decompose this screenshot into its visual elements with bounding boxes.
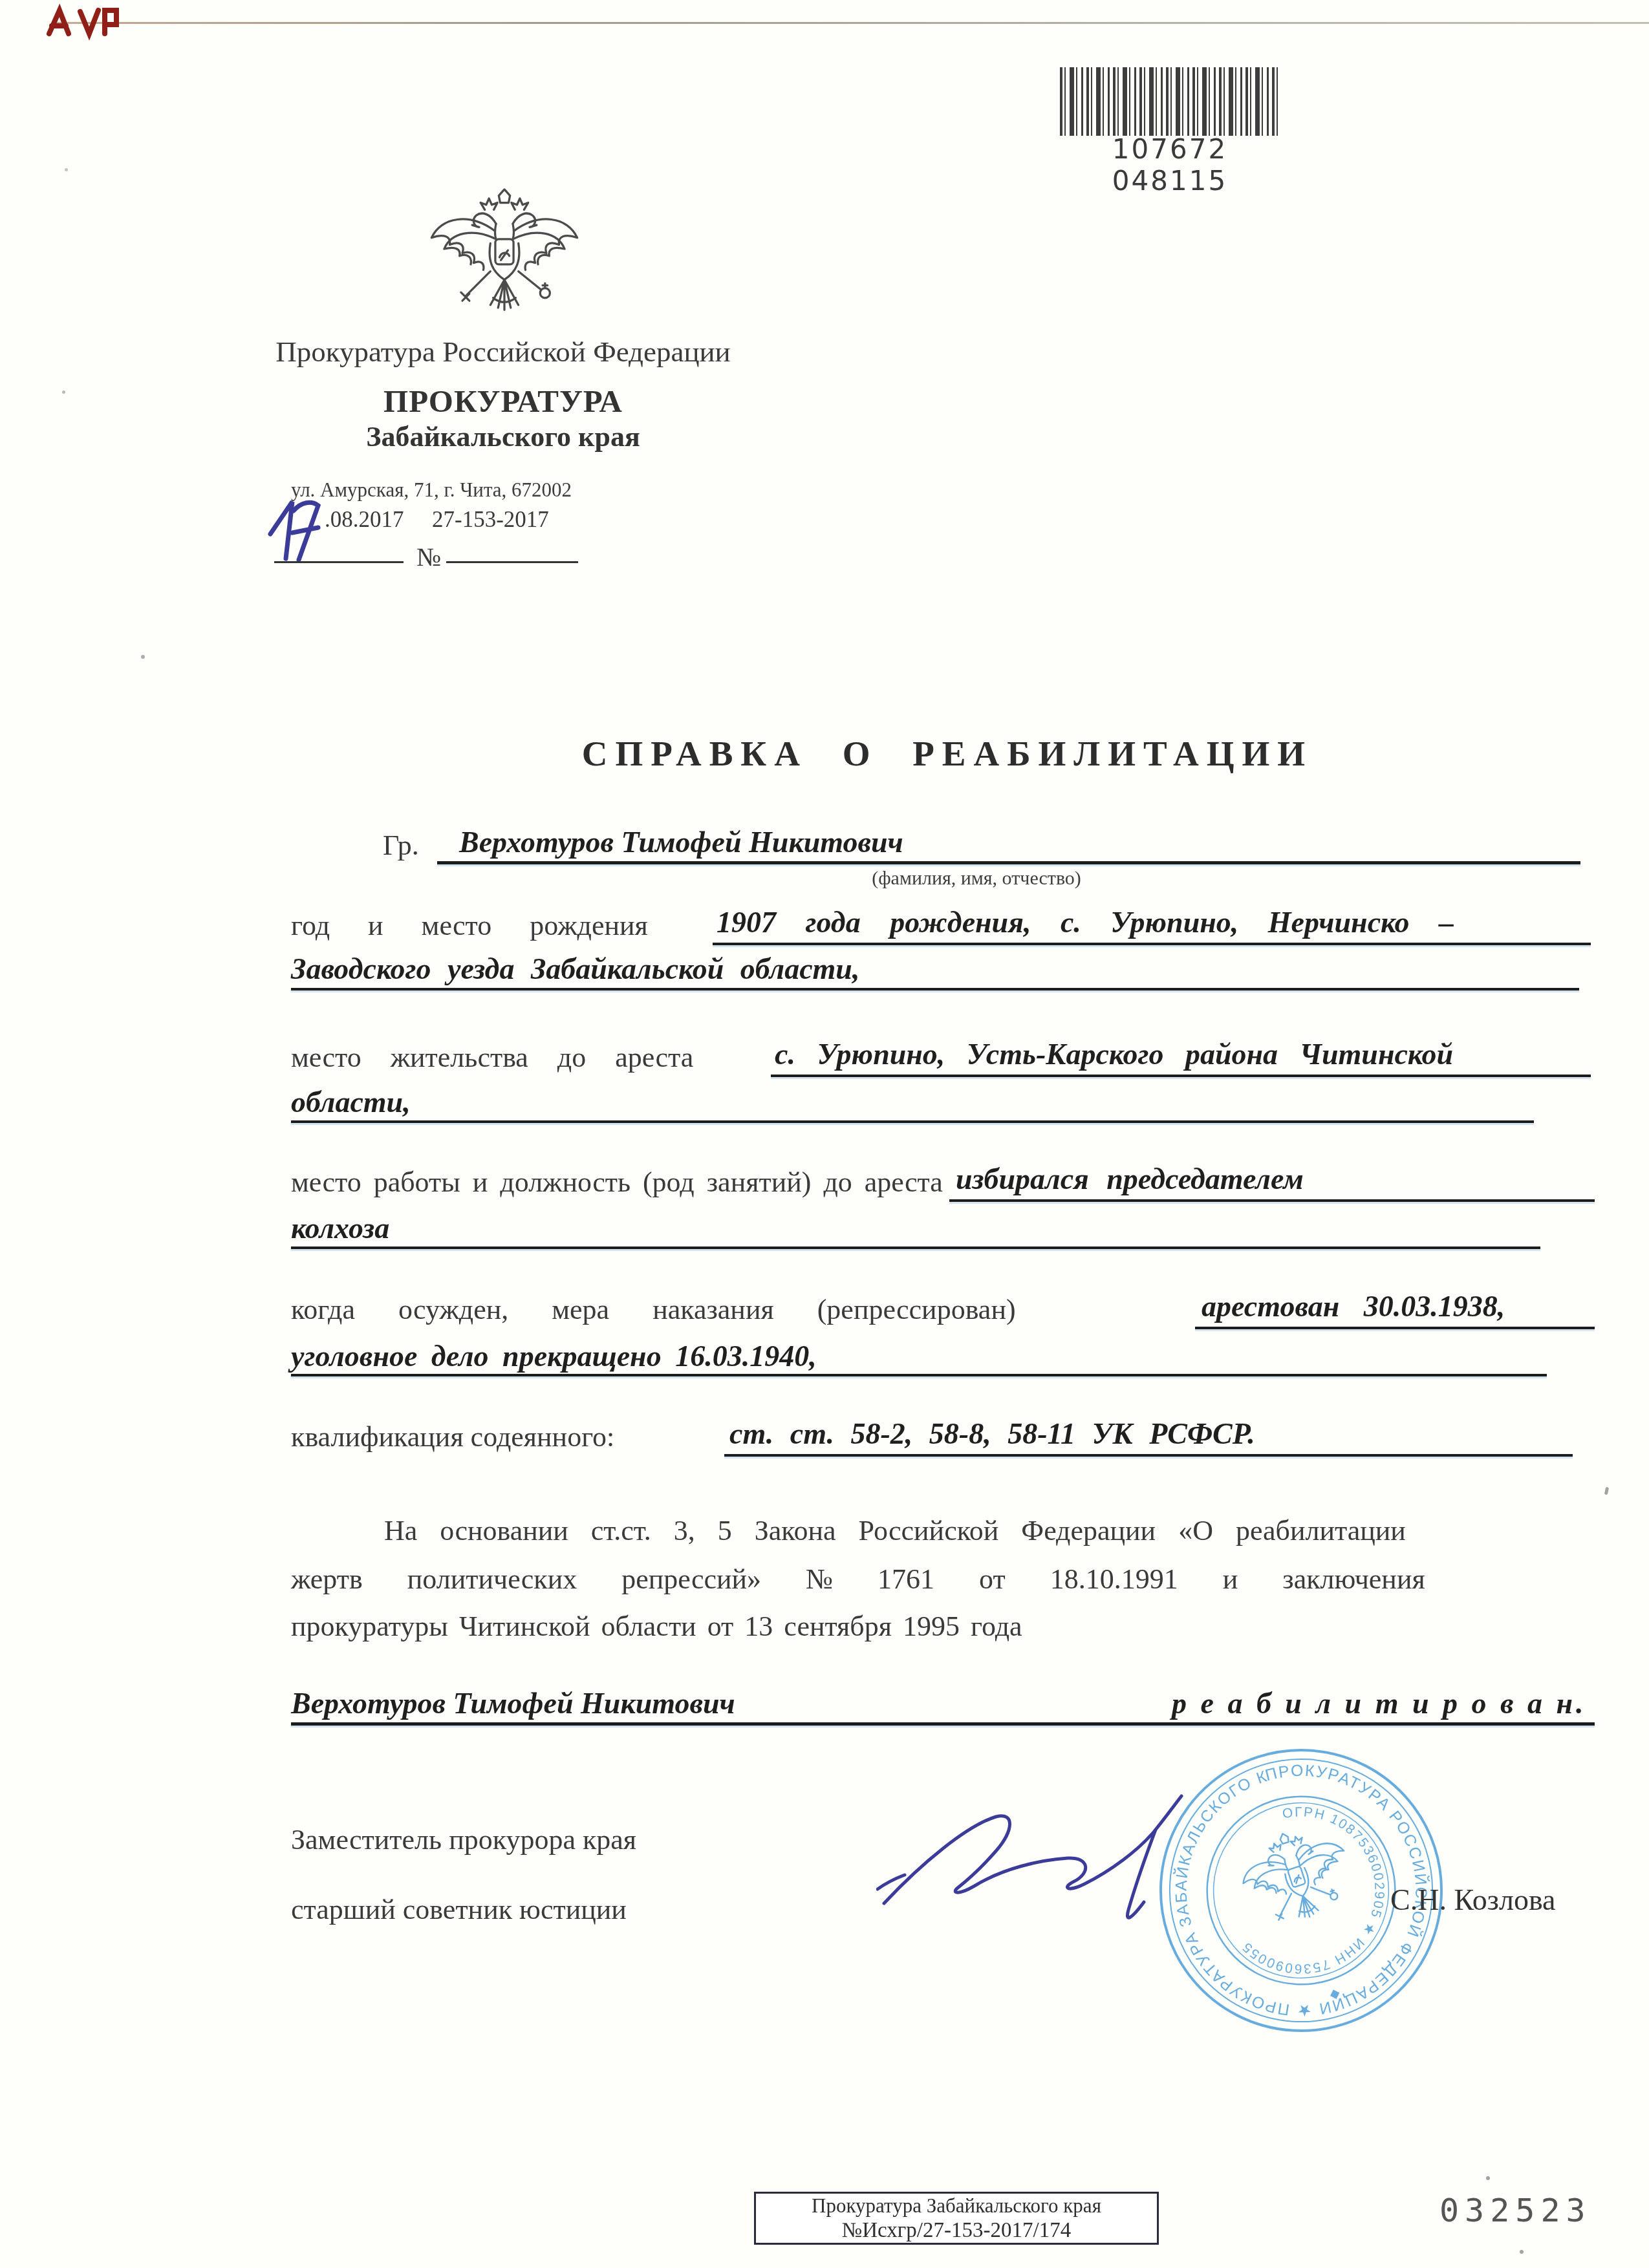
org-name-federal: Прокуратура Российской Федерации [272, 335, 735, 369]
handwritten-date-day [265, 491, 325, 568]
registration-box: Прокуратура Забайкальского края №Исхгр/2… [754, 2192, 1159, 2245]
handwritten-signature [876, 1786, 1193, 1951]
scan-speck [1486, 2176, 1490, 2180]
org-name-prokuratura: ПРОКУРАТУРА [272, 383, 735, 420]
scan-speck [62, 390, 65, 394]
work-label: место работы и должность (род занятий) д… [291, 1166, 943, 1199]
svg-text:ОГРН 1087536002905 ★ ИНН 75360: ОГРН 1087536002905 ★ ИНН 7536090055 [1201, 1782, 1409, 1996]
underline [724, 1454, 1573, 1457]
scan-speck [1520, 2250, 1524, 2254]
document-title: СПРАВКА О РЕАБИЛИТАЦИИ [550, 733, 1345, 774]
name-caption: (фамилия, имя, отчество) [815, 868, 1138, 890]
basis-line1: На основании ст.ст. 3, 5 Закона Российск… [384, 1514, 1406, 1547]
org-name-region: Забайкальского края [272, 420, 735, 453]
date-underline [274, 561, 404, 563]
underline [949, 1199, 1595, 1202]
barcode-digits: 107672 048115 [1060, 133, 1280, 197]
gr-label: Гр. [383, 829, 419, 862]
citizen-name: Верхотуров Тимофей Никитович [459, 825, 903, 859]
underline [771, 1075, 1591, 1077]
underline [291, 1120, 1534, 1123]
scan-speck [141, 655, 145, 659]
document-page: 107672 048115 Прокуратура Российской Фед… [0, 0, 1649, 2268]
barcode-bars [1060, 67, 1280, 136]
conclusion-verdict: р е а б и л и т и р о в а н. [1172, 1686, 1587, 1720]
basis-line3: прокуратуры Читинской области от 13 сент… [291, 1610, 1022, 1643]
date-printed: .08.2017 [325, 507, 404, 533]
blank-serial-number: 032523 [1439, 2192, 1591, 2229]
scan-speck [65, 168, 68, 171]
doc-number: 27-153-2017 [432, 507, 549, 533]
coat-of-arms-eagle-icon [420, 185, 588, 330]
residence-value-line2: области, [291, 1085, 411, 1119]
underline [291, 1722, 1595, 1726]
number-underline [446, 561, 578, 563]
number-sign: № [416, 542, 441, 572]
underline [437, 861, 1580, 864]
work-value-line2: колхоза [291, 1211, 389, 1245]
birth-label: год и место рождения [291, 909, 648, 942]
scan-speck [1604, 1487, 1609, 1495]
underline [291, 1246, 1540, 1249]
basis-line2: жертв политических репрессий» № 1761 от … [291, 1563, 1425, 1596]
underline [713, 943, 1591, 945]
work-value-line1: избирался председателем [956, 1162, 1304, 1196]
signer-position-line1: Заместитель прокурора края [291, 1823, 636, 1856]
underline [1195, 1327, 1595, 1329]
conclusion-name: Верхотуров Тимофей Никитович [291, 1686, 735, 1720]
sentence-label: когда осужден, мера наказания (репрессир… [291, 1293, 1016, 1326]
qualification-label: квалификация содеянного: [291, 1420, 614, 1453]
qualification-value: ст. ст. 58-2, 58-8, 58-11 УК РСФСР. [729, 1417, 1255, 1451]
registration-org: Прокуратура Забайкальского края [812, 2194, 1101, 2218]
org-address: ул. Амурская, 71, г. Чита, 672002 [291, 478, 563, 502]
underline [291, 988, 1579, 990]
registration-number: №Исхгр/27-153-2017/174 [842, 2219, 1071, 2243]
residence-value-line1: с. Урюпино, Усть-Карского района Читинск… [775, 1037, 1453, 1071]
stamp-eagle-icon [1233, 1817, 1360, 1933]
red-stamp-marks [43, 3, 127, 43]
sentence-value-line2: уголовное дело прекращено 16.03.1940, [291, 1339, 817, 1373]
signer-name: С.Н. Козлова [1390, 1883, 1555, 1917]
birth-value-line2: Заводского уезда Забайкальской области, [291, 952, 859, 986]
birth-value-line1: 1907 года рождения, с. Урюпино, Нерчинск… [717, 905, 1454, 939]
signer-position-line2: старший советник юстиции [291, 1893, 627, 1926]
underline [291, 1374, 1547, 1376]
scan-artifact-line [52, 22, 1649, 24]
sentence-value-line1: арестован 30.03.1938, [1202, 1289, 1505, 1323]
residence-label: место жительства до ареста [291, 1041, 693, 1074]
stamp-inner-text: ОГРН 1087536002905 ★ ИНН 7536090055 [1201, 1782, 1409, 1996]
